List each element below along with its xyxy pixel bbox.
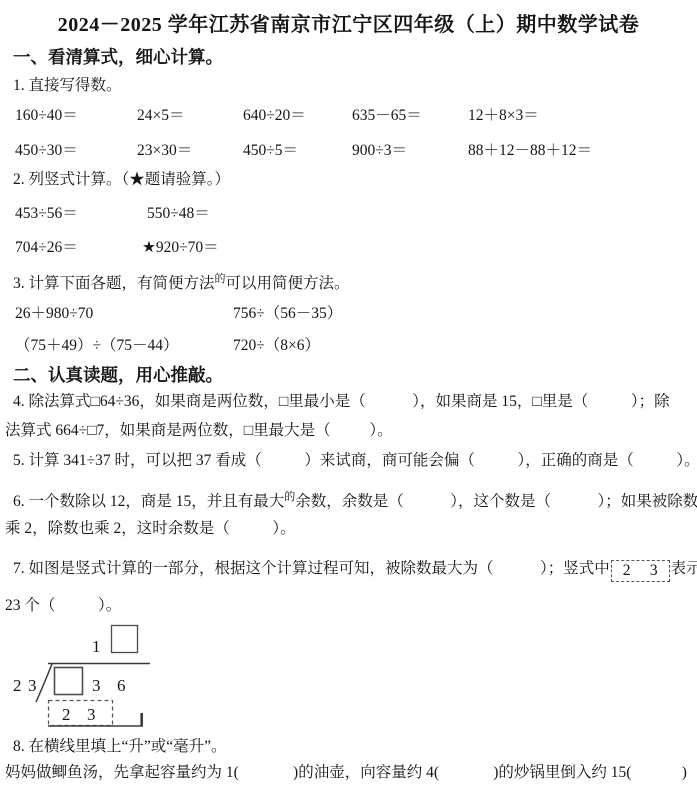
expression: 720÷（8×6） [233, 333, 320, 355]
exam-paper-page: 2024－2025 学年江苏省南京市江宁区四年级（上）期中数学试卷 一、看清算式… [0, 0, 697, 792]
division-bracket-slash [36, 664, 52, 702]
q1-row-1: 160÷40＝ 24×5＝ 640÷20＝ 635－65＝ 12＋8×3＝ [0, 103, 697, 123]
q5-line: 5. 计算 341÷37 时，可以把 37 看成（ ）来试商，商可能会偏（ ），… [13, 451, 697, 471]
q4-line-1: 4. 除法算式□64÷36，如果商是两位数，□里最小是（ ），如果商是 15，□… [13, 392, 670, 412]
q1-label: 1. 直接写得数。 [13, 76, 122, 96]
equation: 450÷5＝ [243, 138, 298, 160]
partial-product-digit: 2 [62, 705, 71, 724]
q3-label: 3. 计算下面各题，有简便方法的可以用简便方法。 [13, 269, 350, 294]
q7-line-1: 7. 如图是竖式计算的一部分，根据这个计算过程可知，被除数最大为（ ）；竖式中2… [13, 558, 697, 580]
dividend-digit: 6 [117, 676, 126, 695]
q3-label-post: 可以用简便方法。 [226, 275, 350, 292]
dividend-box [55, 668, 83, 695]
equation: 640÷20＝ [243, 103, 306, 125]
q6-line-1-post: 余数，余数是（ ），这个数是（ ）；如果被除数 [295, 493, 697, 510]
partial-product-dashed-box [49, 701, 113, 726]
equation: 160÷40＝ [15, 103, 78, 125]
section-1-heading: 一、看清算式，细心计算。 [13, 44, 223, 69]
q3-label-pre: 3. 计算下面各题，有简便方法 [13, 275, 215, 292]
equation: 23×30＝ [137, 138, 192, 160]
equation: 450÷30＝ [15, 138, 78, 160]
q7-dashed-box: 2 3 [611, 560, 670, 582]
expression: （75＋49）÷（75－44） [15, 333, 179, 355]
division-diagram: 1 2 3 3 6 2 3 [0, 612, 200, 740]
partial-product-digit: 3 [87, 705, 96, 724]
q6-line-1-pre: 6. 一个数除以 12，商是 15，并且有最大 [13, 493, 284, 510]
q3-label-superscript: 的 [215, 273, 226, 285]
q3-row-2: （75＋49）÷（75－44） 720÷（8×6） [0, 333, 697, 353]
q3-row-1: 26＋980÷70 756÷（56－35） [0, 301, 697, 321]
equation: 24×5＝ [137, 103, 185, 125]
q8-label: 8. 在横线里填上“升”或“毫升”。 [13, 737, 227, 757]
q6-line-1-superscript: 的 [284, 491, 295, 503]
q2-row-2: 704÷26＝ ★920÷70＝ [0, 235, 697, 255]
expression: 26＋980÷70 [15, 301, 93, 323]
divisor-digit: 2 [13, 676, 22, 695]
equation-starred: ★920÷70＝ [142, 235, 219, 257]
section-2-heading: 二、认真读题，用心推敲。 [13, 362, 223, 387]
q7-line-1-pre: 7. 如图是竖式计算的一部分，根据这个计算过程可知，被除数最大为（ ）；竖式中 [13, 560, 610, 577]
q1-row-2: 450÷30＝ 23×30＝ 450÷5＝ 900÷3＝ 88＋12－88＋12… [0, 138, 697, 158]
q7-line-1-post: 表示 [671, 560, 697, 577]
q6-line-1: 6. 一个数除以 12，商是 15，并且有最大的余数，余数是（ ），这个数是（ … [13, 487, 697, 512]
equation: 550÷48＝ [147, 201, 210, 223]
equation: 900÷3＝ [352, 138, 407, 160]
page-title: 2024－2025 学年江苏省南京市江宁区四年级（上）期中数学试卷 [0, 8, 697, 37]
equation: 12＋8×3＝ [468, 103, 539, 125]
quotient-box [112, 626, 138, 653]
equation: 453÷56＝ [15, 201, 78, 223]
dividend-digit: 3 [92, 676, 101, 695]
equation: 704÷26＝ [15, 235, 78, 257]
expression: 756÷（56－35） [233, 301, 342, 323]
equation: 88＋12－88＋12＝ [468, 138, 592, 160]
q4-line-2: 法算式 664÷□7，如果商是两位数，□里最大是（ ）。 [5, 421, 393, 441]
divisor-digit: 3 [28, 676, 37, 695]
q6-line-2: 乘 2，除数也乘 2，这时余数是（ ）。 [5, 519, 296, 539]
q2-label: 2. 列竖式计算。（★题请验算。） [13, 170, 230, 190]
q2-row-1: 453÷56＝ 550÷48＝ [0, 201, 697, 221]
equation: 635－65＝ [352, 103, 422, 125]
q8-line: 妈妈做鲫鱼汤，先拿起容量约为 1( )的油壶，向容量约 4( )的炒锅里倒入约 … [5, 763, 687, 783]
quotient-digit: 1 [92, 637, 101, 656]
